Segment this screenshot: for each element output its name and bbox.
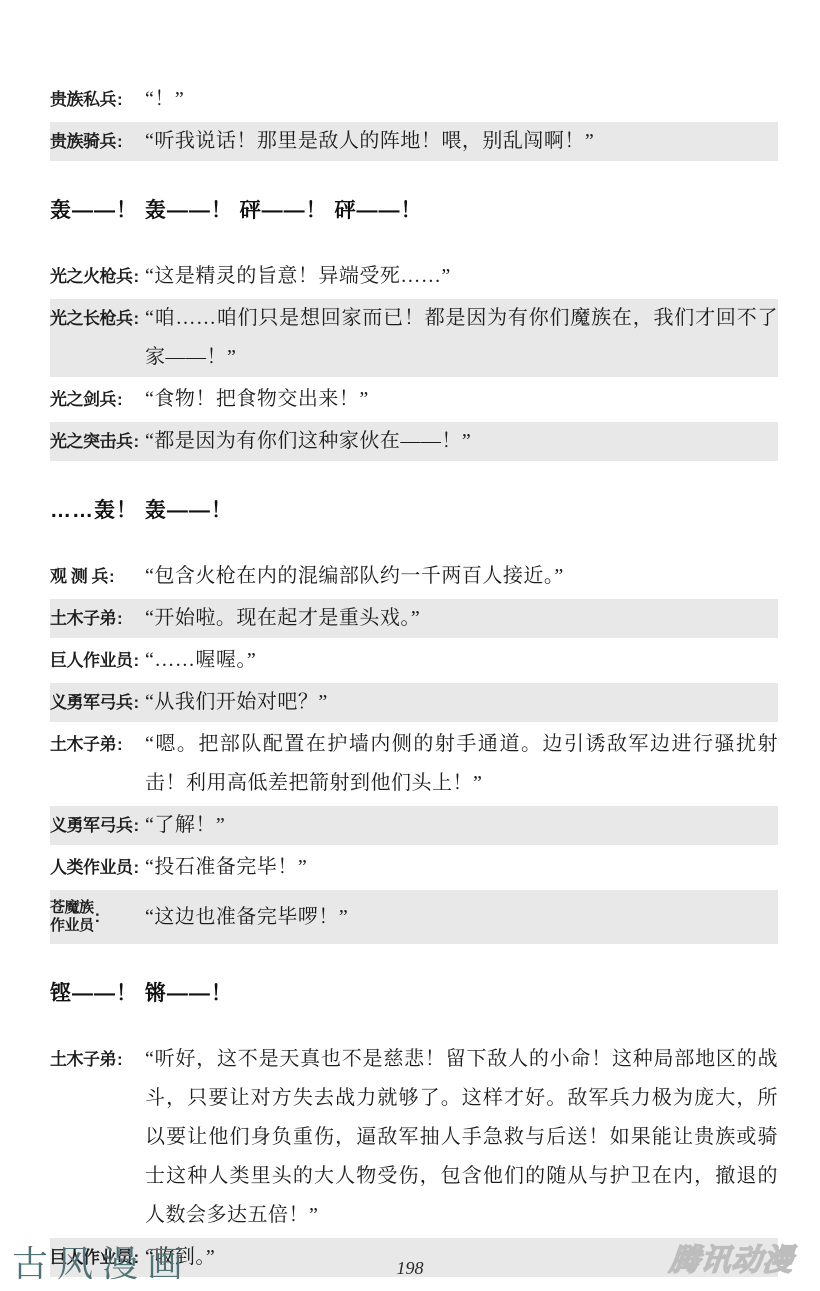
dialogue-text: “……喔喔。” (145, 641, 778, 680)
sound-effect-text: ……轰！ 轰——！ (50, 494, 778, 524)
dialogue-row: 土木子弟:“听好，这不是天真也不是慈悲！留下敌人的小命！这种局部地区的战斗，只要… (50, 1040, 778, 1235)
sound-effect-text: 铿——！ 锵——！ (50, 977, 778, 1007)
speaker-name: 义勇军弓兵: (50, 806, 145, 845)
dialogue-text: “包含火枪在内的混编部队约一千两百人接近。” (145, 557, 778, 596)
dialogue-row: 土木子弟:“开始啦。现在起才是重头戏。” (50, 599, 778, 638)
dialogue-row: 光之火枪兵:“这是精灵的旨意！异端受死……” (50, 257, 778, 296)
dialogue-text: “这边也准备完毕啰！” (145, 898, 778, 937)
dialogue-row: 义勇军弓兵:“从我们开始对吧？” (50, 683, 778, 722)
dialogue-text: “咱……咱们只是想回家而已！都是因为有你们魔族在，我们才回不了家——！” (145, 299, 778, 377)
sound-effect-text: 轰——！ 轰——！ 砰——！ 砰——！ (50, 194, 778, 224)
dialogue-row: 光之剑兵:“食物！把食物交出来！” (50, 380, 778, 419)
speaker-name: 光之火枪兵: (50, 257, 145, 296)
dialogue-row: 光之长枪兵:“咱……咱们只是想回家而已！都是因为有你们魔族在，我们才回不了家——… (50, 299, 778, 377)
dialogue-row: 光之突击兵:“都是因为有你们这种家伙在——！” (50, 422, 778, 461)
speaker-name: 贵族私兵: (50, 80, 145, 119)
dialogue-row: 人类作业员:“投石准备完毕！” (50, 848, 778, 887)
dialogue-text: “这是精灵的旨意！异端受死……” (145, 257, 778, 296)
dialogue-text: “都是因为有你们这种家伙在——！” (145, 422, 778, 461)
dialogue-text: “从我们开始对吧？” (145, 683, 778, 722)
dialogue-row: 贵族骑兵:“听我说话！那里是敌人的阵地！喂，别乱闯啊！” (50, 122, 778, 161)
dialogue-text: “听好，这不是天真也不是慈悲！留下敌人的小命！这种局部地区的战斗，只要让对方失去… (145, 1040, 778, 1235)
script-block-list: 贵族私兵:“！”贵族骑兵:“听我说话！那里是敌人的阵地！喂，别乱闯啊！”轰——！… (50, 80, 778, 1280)
dialogue-row: 义勇军弓兵:“了解！” (50, 806, 778, 845)
speaker-name: 土木子弟: (50, 599, 145, 638)
dialogue-row: 巨人作业员:“……喔喔。” (50, 641, 778, 680)
dialogue-text: “！” (145, 80, 778, 119)
speaker-name: 光之长枪兵: (50, 299, 145, 377)
dialogue-text: “食物！把食物交出来！” (145, 380, 778, 419)
dialogue-row: 苍魔族作业员:“这边也准备完毕啰！” (50, 890, 778, 944)
novel-page: 贵族私兵:“！”贵族骑兵:“听我说话！那里是敌人的阵地！喂，别乱闯啊！”轰——！… (0, 0, 820, 1291)
dialogue-text: “开始啦。现在起才是重头戏。” (145, 599, 778, 638)
speaker-name: 土木子弟: (50, 725, 145, 803)
tencent-comics-watermark: 腾讯动漫 (668, 1235, 797, 1279)
dialogue-row: 土木子弟:“嗯。把部队配置在护墙内侧的射手通道。边引诱敌军边进行骚扰射击！利用高… (50, 725, 778, 803)
speaker-name: 巨人作业员: (50, 641, 145, 680)
speaker-name: 观 测 兵: (50, 557, 145, 596)
speaker-name: 土木子弟: (50, 1040, 145, 1235)
dialogue-text: “听我说话！那里是敌人的阵地！喂，别乱闯啊！” (145, 122, 778, 161)
dialogue-row: 贵族私兵:“！” (50, 80, 778, 119)
speaker-name: 贵族骑兵: (50, 122, 145, 161)
dialogue-text: “了解！” (145, 806, 778, 845)
speaker-name: 苍魔族作业员: (50, 899, 145, 935)
dialogue-text: “嗯。把部队配置在护墙内侧的射手通道。边引诱敌军边进行骚扰射击！利用高低差把箭射… (145, 725, 778, 803)
dialogue-row: 观 测 兵:“包含火枪在内的混编部队约一千两百人接近。” (50, 557, 778, 596)
speaker-name: 义勇军弓兵: (50, 683, 145, 722)
speaker-name: 光之突击兵: (50, 422, 145, 461)
speaker-name: 光之剑兵: (50, 380, 145, 419)
speaker-name: 人类作业员: (50, 848, 145, 887)
dialogue-text: “投石准备完毕！” (145, 848, 778, 887)
